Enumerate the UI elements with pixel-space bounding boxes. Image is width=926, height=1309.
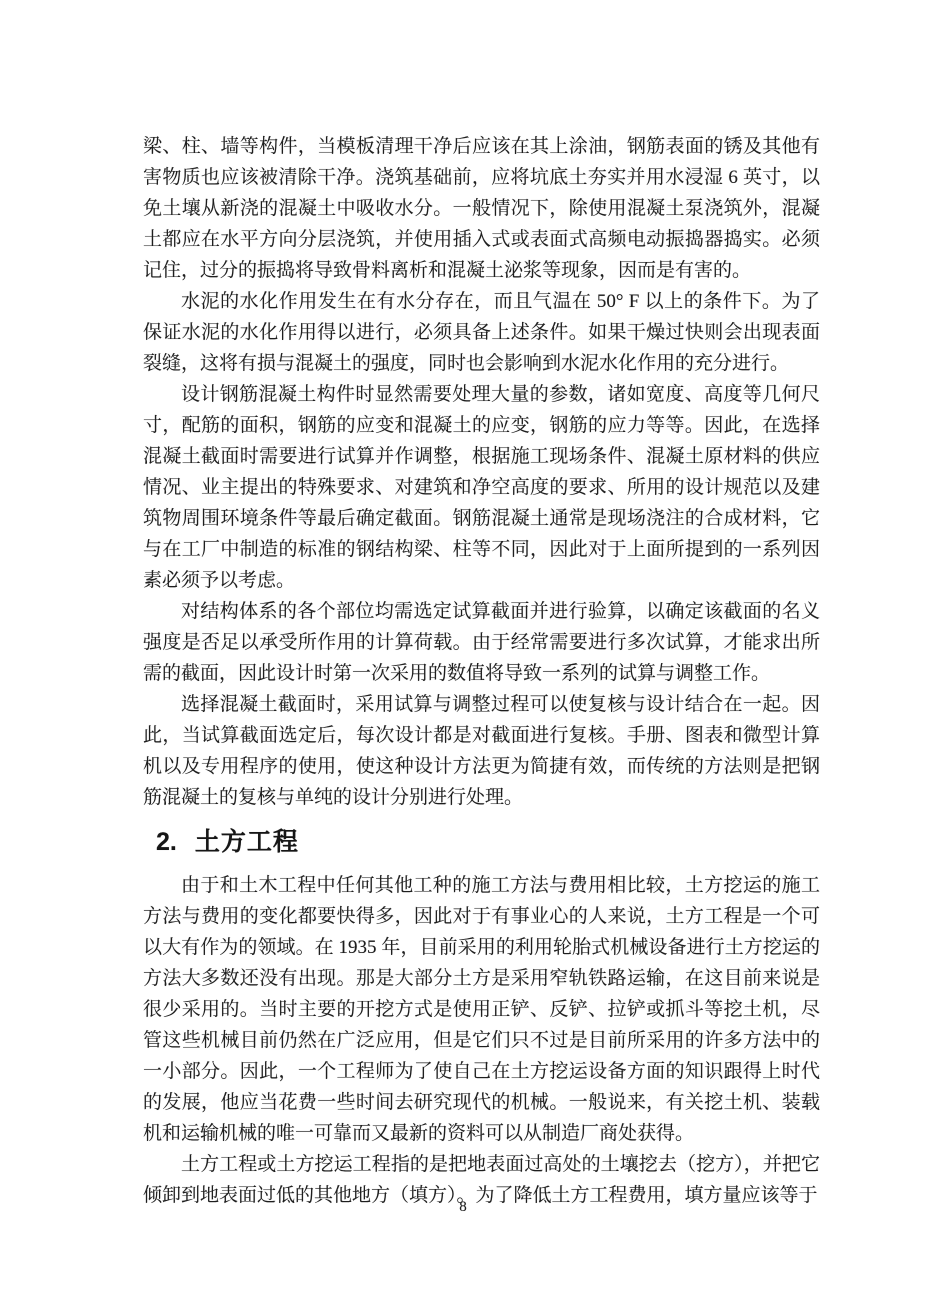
paragraph-formwork-concrete-placing: 梁、柱、墙等构件，当模板清理干净后应该在其上涂油，钢筋表面的锈及其他有害物质也应…	[143, 131, 820, 286]
paragraph-earthmoving-history: 由于和土木工程中任何其他工种的施工方法与费用相比较，土方挖运的施工方法与费用的变…	[143, 870, 820, 1149]
page-number: 8	[0, 1197, 926, 1217]
paragraph-trial-section-checking: 对结构体系的各个部位均需选定试算截面并进行验算，以确定该截面的名义强度是否足以承…	[143, 596, 820, 689]
section-heading-earthwork: 2.土方工程	[156, 825, 820, 859]
paragraph-cement-hydration: 水泥的水化作用发生在有水分存在，而且气温在 50° F 以上的条件下。为了保证水…	[143, 286, 820, 379]
section-title: 土方工程	[195, 828, 299, 856]
section-number: 2.	[156, 828, 177, 856]
paragraph-trial-adjustment-method: 选择混凝土截面时，采用试算与调整过程可以使复核与设计结合在一起。因此，当试算截面…	[143, 689, 820, 813]
document-page: 梁、柱、墙等构件，当模板清理干净后应该在其上涂油，钢筋表面的锈及其他有害物质也应…	[0, 0, 926, 1309]
paragraph-rc-design-parameters: 设计钢筋混凝土构件时显然需要处理大量的参数，诸如宽度、高度等几何尺寸，配筋的面积…	[143, 379, 820, 596]
